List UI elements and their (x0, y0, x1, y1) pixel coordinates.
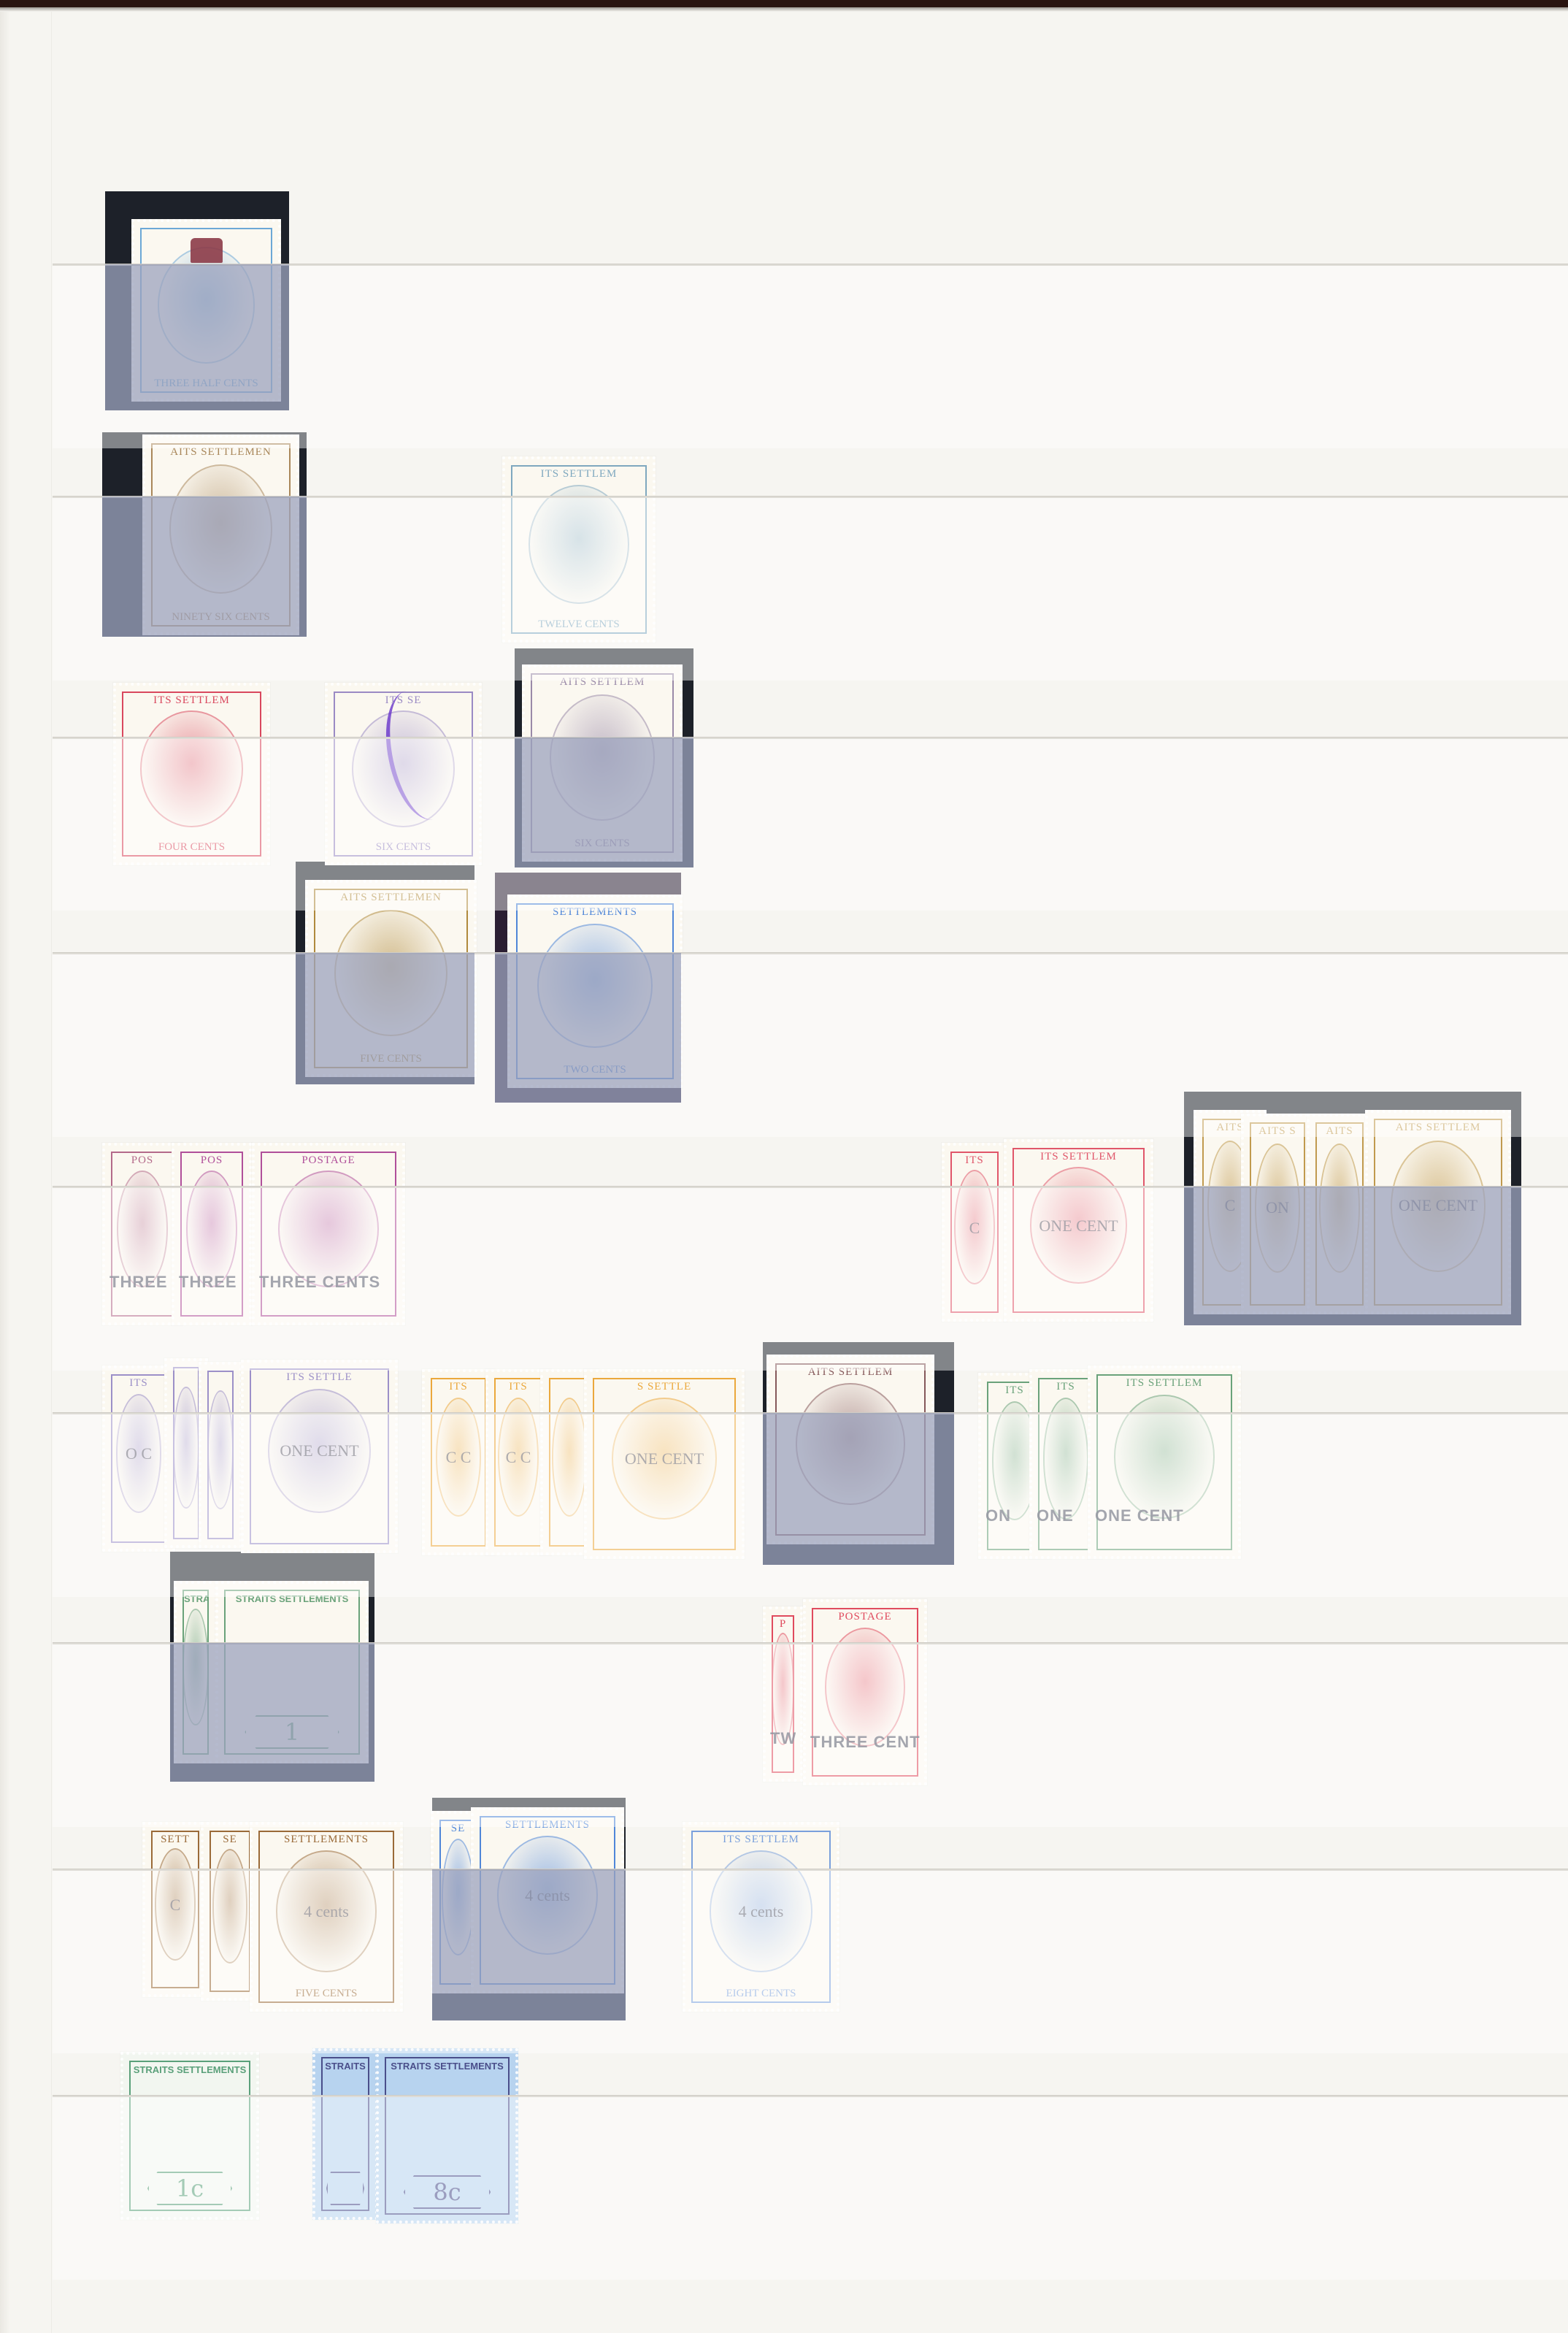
stamp-bar-surcharge: ONE CENT (1095, 1506, 1234, 1525)
stamp-country-name: AITS SETTLEM (532, 676, 672, 689)
stamp-country-name: STRAITS SETTLEMENTS (386, 2060, 508, 2072)
stamp[interactable]: ITS SETTLEM TWELVE CENTS (502, 456, 656, 643)
stamp-surcharge: 4 cents (480, 1886, 615, 1905)
stamp-country-name: ITS SETTLEM (123, 694, 260, 707)
stamp[interactable]: SETT C (142, 1822, 208, 1997)
stamp[interactable]: SETTLEMENTS TWO CENTS (507, 894, 683, 1088)
album-binding-edge (0, 0, 1568, 7)
portrait-oval (442, 1839, 475, 1955)
stamp[interactable]: POSTAGE THREE CENTS (252, 1143, 405, 1325)
stamp[interactable]: THREE HALF CENTS (131, 219, 281, 402)
stamp-value: THREE HALF CENTS (142, 378, 271, 390)
stamp-value: FIVE CENTS (315, 1053, 466, 1065)
stamp-surcharge: 4 cents (691, 1902, 831, 1921)
stamp[interactable]: AITS SETTLEM (766, 1355, 934, 1544)
stamp-surcharge: C (151, 1896, 199, 1915)
stamp[interactable] (199, 1362, 242, 1548)
stamp-bar-surcharge: THREE (109, 1273, 175, 1292)
stamp-bar-surcharge: THREE CENTS (810, 1733, 920, 1752)
stamp[interactable]: STRAITS SETTLEMENTS 8c (376, 2048, 518, 2223)
portrait-oval (1043, 1398, 1089, 1519)
stamp-bar-surcharge: THREE CENTS (259, 1273, 398, 1292)
stamp-country-name: ITS SETTLEM (512, 468, 645, 480)
stamp-value-tablet: 8c (404, 2175, 491, 2209)
stamp-bar-surcharge: THREE (179, 1273, 245, 1292)
stamp-value: TWELVE CENTS (512, 618, 645, 631)
portrait-oval (796, 1383, 906, 1504)
stamp-country-name: P (773, 1618, 793, 1631)
portrait-oval (140, 710, 243, 827)
stamp-country-name: AITS S (1251, 1125, 1304, 1138)
stamp-surcharge: C C (431, 1448, 486, 1467)
stamp-value: FOUR CENTS (123, 841, 260, 854)
stamp-country-name: ITS (952, 1154, 997, 1167)
stamp-country-name: SETTLEMENTS (518, 906, 672, 919)
glassine-strip (53, 738, 1568, 911)
stamp-country-name: POSTAGE (262, 1154, 395, 1167)
stamp-country-name: POS (182, 1154, 242, 1167)
stamp-country-name: ITS SETTLEM (1014, 1151, 1143, 1163)
stamp[interactable]: ITS SETTLEM 4 cents EIGHT CENTS (683, 1822, 839, 2012)
stamp-country-name: STRA (184, 1593, 207, 1605)
stamp-surcharge: O C (111, 1444, 166, 1463)
stamp[interactable]: POS THREE (102, 1143, 182, 1325)
stamp[interactable]: STRAITS (312, 2048, 378, 2220)
portrait-oval (552, 1398, 588, 1517)
portrait-oval (825, 1628, 905, 1747)
stamp-country-name: ITS SETTLE (251, 1371, 388, 1384)
portrait-oval (207, 1390, 233, 1509)
stamp-surcharge: C (950, 1219, 999, 1238)
portrait-oval (550, 694, 655, 821)
stamp-country-name: AITS SETTLEMEN (153, 446, 289, 459)
stamp-value: NINETY SIX CENTS (153, 611, 289, 624)
stamp[interactable]: AITS (1307, 1114, 1372, 1314)
stamp-country-name: SE (211, 1834, 249, 1846)
portrait-oval (212, 1849, 248, 1963)
stamp-country-name: ITS (432, 1381, 485, 1393)
stamp[interactable]: STRAITS SETTLEMENTS 1 (215, 1581, 369, 1763)
stamp-country-name: ITS SE (335, 694, 472, 707)
stamp-country-name: SE (441, 1823, 475, 1835)
portrait-oval (1114, 1395, 1214, 1519)
stamp[interactable]: STRAITS SETTLEMENTS 1c (120, 2052, 259, 2220)
stamp-country-name: S SETTLE (594, 1381, 734, 1393)
stamp-surcharge: C C (494, 1448, 542, 1467)
portrait-oval (278, 1171, 378, 1287)
stamp-surcharge: ONE CENT (1012, 1217, 1145, 1236)
stamp-value: SIX CENTS (335, 841, 472, 854)
stamp-country-name: STRAITS SETTLEMENTS (226, 1593, 358, 1605)
stamp[interactable]: AITS SETTLEM SIX CENTS (522, 664, 683, 862)
stamp[interactable]: ITS SETTLE ONE CENT (241, 1360, 398, 1553)
stamp-country-name: ITS SETTLEM (693, 1834, 829, 1846)
stamp[interactable]: ITS SE SIX CENTS (325, 683, 482, 865)
stamp[interactable]: ITS SETTLEM ONE CENT (1004, 1139, 1153, 1322)
stamp[interactable]: STRA (174, 1581, 218, 1763)
stamp[interactable]: ITS C C (422, 1369, 495, 1555)
portrait-oval (334, 910, 447, 1036)
stamp[interactable]: ITS SETTLEM ONE CENT (1088, 1365, 1241, 1559)
stamp-value-tablet: 1c (147, 2172, 233, 2205)
portrait-oval (158, 247, 255, 364)
stamp[interactable]: AITS SETTLEM ONE CENT (1365, 1110, 1511, 1314)
stamp-country-name: POSTAGE (813, 1611, 917, 1623)
stamp-country-name: AITS SETTLEM (777, 1366, 924, 1379)
stamp-value: SIX CENTS (532, 838, 672, 850)
stamp-bar-surcharge: ONE (1037, 1506, 1095, 1525)
portrait-oval (1319, 1143, 1360, 1272)
stamp-surcharge: ONE CENT (250, 1441, 389, 1460)
stamp-country-name: AITS SETTLEMEN (315, 892, 466, 904)
stamp-surcharge: ON (1250, 1198, 1305, 1217)
stamp-country-name: STRAITS (323, 2060, 368, 2072)
stamp-value: EIGHT CENTS (693, 1988, 829, 2000)
stamp-country-name: ITS (1039, 1381, 1092, 1393)
portrait-oval (537, 924, 653, 1048)
stamp-country-name: STRAITS SETTLEMENTS (131, 2064, 249, 2076)
stamp-country-name: SETT (153, 1834, 198, 1846)
stamp-value: TWO CENTS (518, 1064, 672, 1076)
stamp-country-name: SETTLEMENTS (260, 1834, 393, 1846)
stamp-bar-surcharge: TWO (770, 1729, 796, 1748)
crown-overprint-icon (191, 238, 223, 263)
stamp-value-tablet (326, 2172, 365, 2205)
stamp[interactable]: AITS SETTLEMEN NINETY SIX CENTS (142, 434, 299, 635)
stamp-country-name: ITS (112, 1377, 165, 1390)
stamp-value-tablet: 1 (245, 1715, 339, 1749)
stamp[interactable]: SETTLEMENTS 4 cents FIVE CENTS (250, 1822, 403, 2012)
portrait-oval (173, 1387, 199, 1508)
stamp[interactable]: AITS S ON (1241, 1114, 1314, 1314)
portrait-oval (772, 1633, 795, 1744)
page-left-edge (0, 12, 10, 2333)
stamp[interactable]: P TWO (763, 1606, 803, 1782)
portrait-oval (186, 1171, 237, 1287)
stamp[interactable]: POS THREE (172, 1143, 252, 1325)
portrait-oval (169, 464, 272, 593)
stamp-country-name: AITS (1317, 1125, 1362, 1138)
stamp-country-name: ITS SETTLEM (1098, 1377, 1231, 1390)
stamp-surcharge: ONE CENT (593, 1449, 736, 1468)
stamp-country-name: ITS (496, 1381, 541, 1393)
stamp[interactable]: POSTAGE THREE CENTS (803, 1599, 927, 1785)
stamp[interactable]: SETTLEMENTS 4 cents (471, 1807, 624, 1993)
binding-shadow (0, 7, 1568, 12)
stamp[interactable]: ITS SETTLEM FOUR CENTS (113, 683, 270, 865)
stamp-country-name: POS (112, 1154, 172, 1167)
stamp-country-name: SETTLEMENTS (481, 1819, 614, 1831)
portrait-oval (182, 1609, 208, 1725)
stamp-surcharge: ONE CENT (1374, 1196, 1502, 1215)
glassine-strip (53, 2096, 1568, 2280)
page-margin-line (51, 12, 52, 2333)
stamp-value: FIVE CENTS (260, 1988, 393, 2000)
stamp[interactable]: AITS SETTLEMEN FIVE CENTS (305, 880, 477, 1077)
portrait-oval (529, 485, 629, 604)
stamp-country-name: AITS SETTLEM (1375, 1122, 1501, 1134)
portrait-oval (117, 1171, 167, 1287)
stamp[interactable]: ITS C (942, 1143, 1007, 1322)
stamp[interactable]: S SETTLE ONE CENT (584, 1369, 745, 1559)
stamp-surcharge: 4 cents (258, 1902, 394, 1921)
